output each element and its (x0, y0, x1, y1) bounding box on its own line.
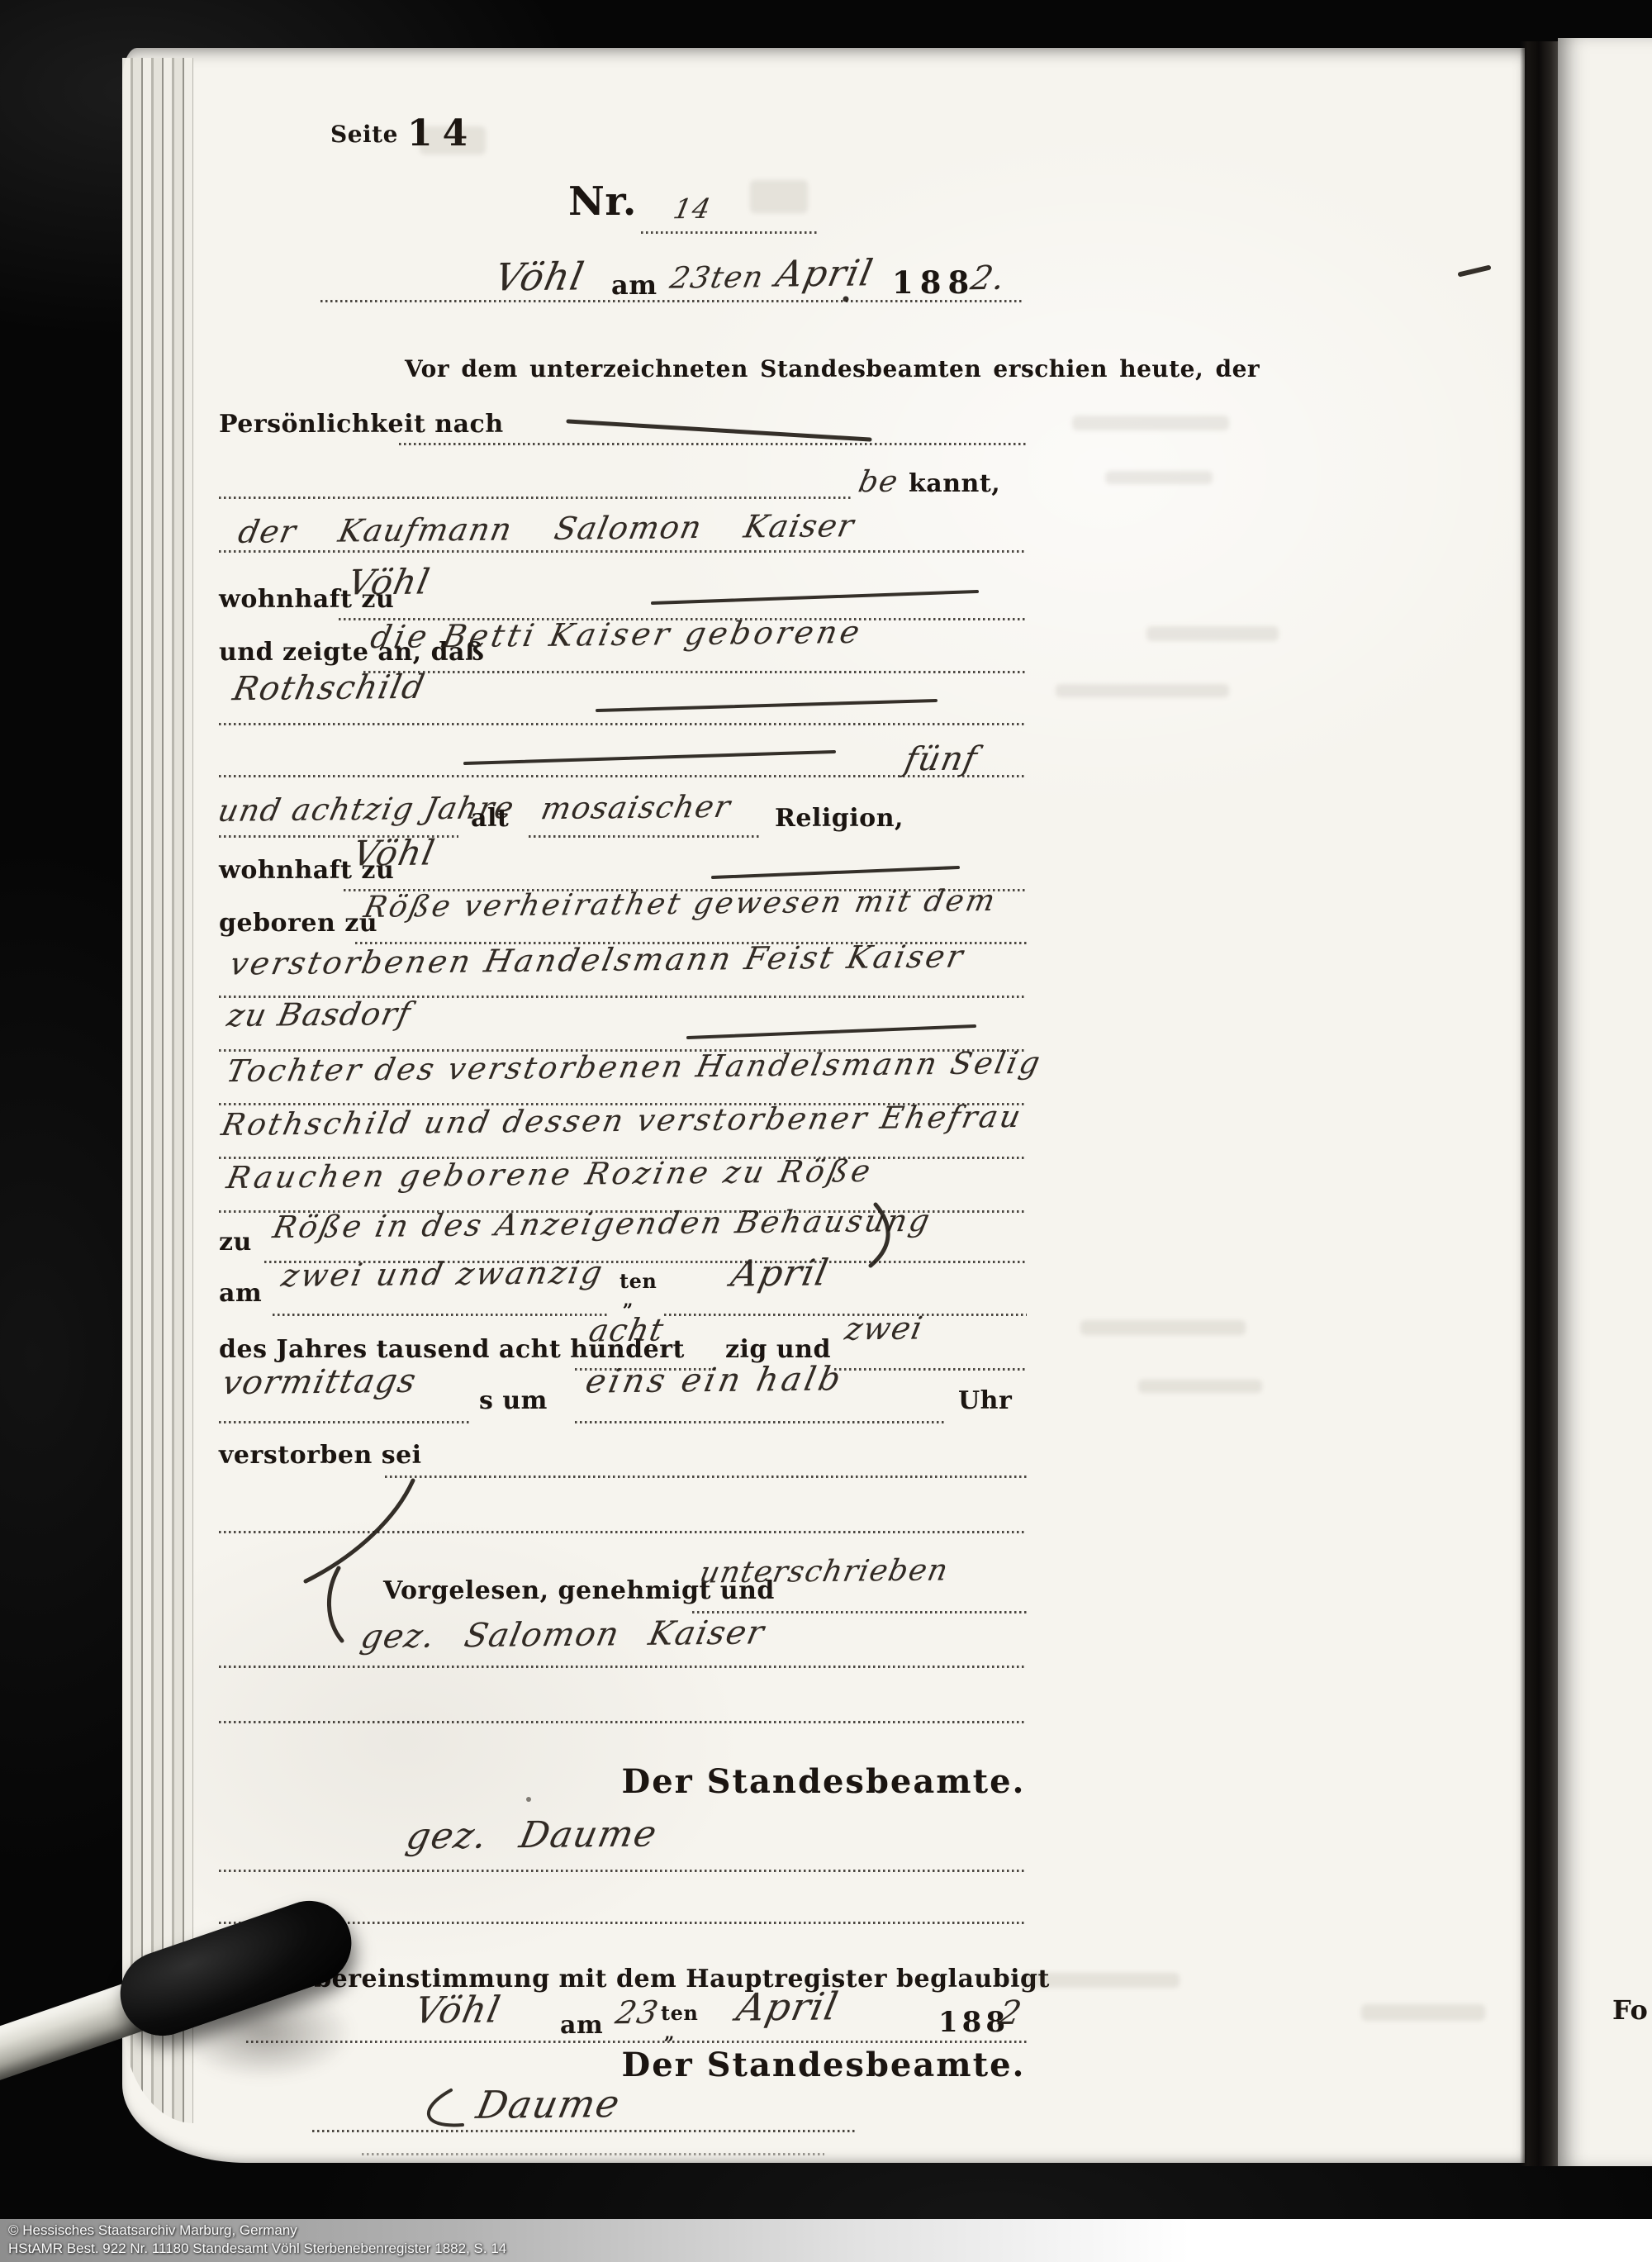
scanned-register-photo: { "document": { "page_header": { "seite_… (0, 0, 1652, 2262)
ink-dash (465, 752, 834, 763)
register-page: Seite 14 Nr. 14 Vöhl am 23ten April 188 … (122, 48, 1525, 2163)
ink-paren (871, 1205, 888, 1266)
ink-dot (526, 1797, 531, 1802)
ink-loop (429, 2090, 463, 2125)
facing-page: Fo (1558, 38, 1652, 2166)
archive-watermark-bar: © Hessisches Staatsarchiv Marburg, Germa… (0, 2219, 1652, 2262)
ink-flourish-overlay (122, 48, 1525, 2163)
ink-speck (1460, 268, 1488, 274)
book-gutter (1520, 41, 1559, 2166)
ink-dash (597, 701, 936, 710)
ink-paren (329, 1568, 342, 1641)
ink-swash (306, 1480, 413, 1581)
ink-dash (713, 867, 958, 877)
ink-dash (653, 592, 977, 603)
facing-page-text-fragment: Fo (1612, 1994, 1648, 2026)
ink-dash (568, 421, 870, 440)
ink-dash (688, 1026, 975, 1038)
watermark-line1: © Hessisches Staatsarchiv Marburg, Germa… (8, 2222, 297, 2239)
ink-dot (843, 297, 849, 302)
watermark-line2: HStAMR Best. 922 Nr. 11180 Standesamt Vö… (8, 2241, 506, 2257)
